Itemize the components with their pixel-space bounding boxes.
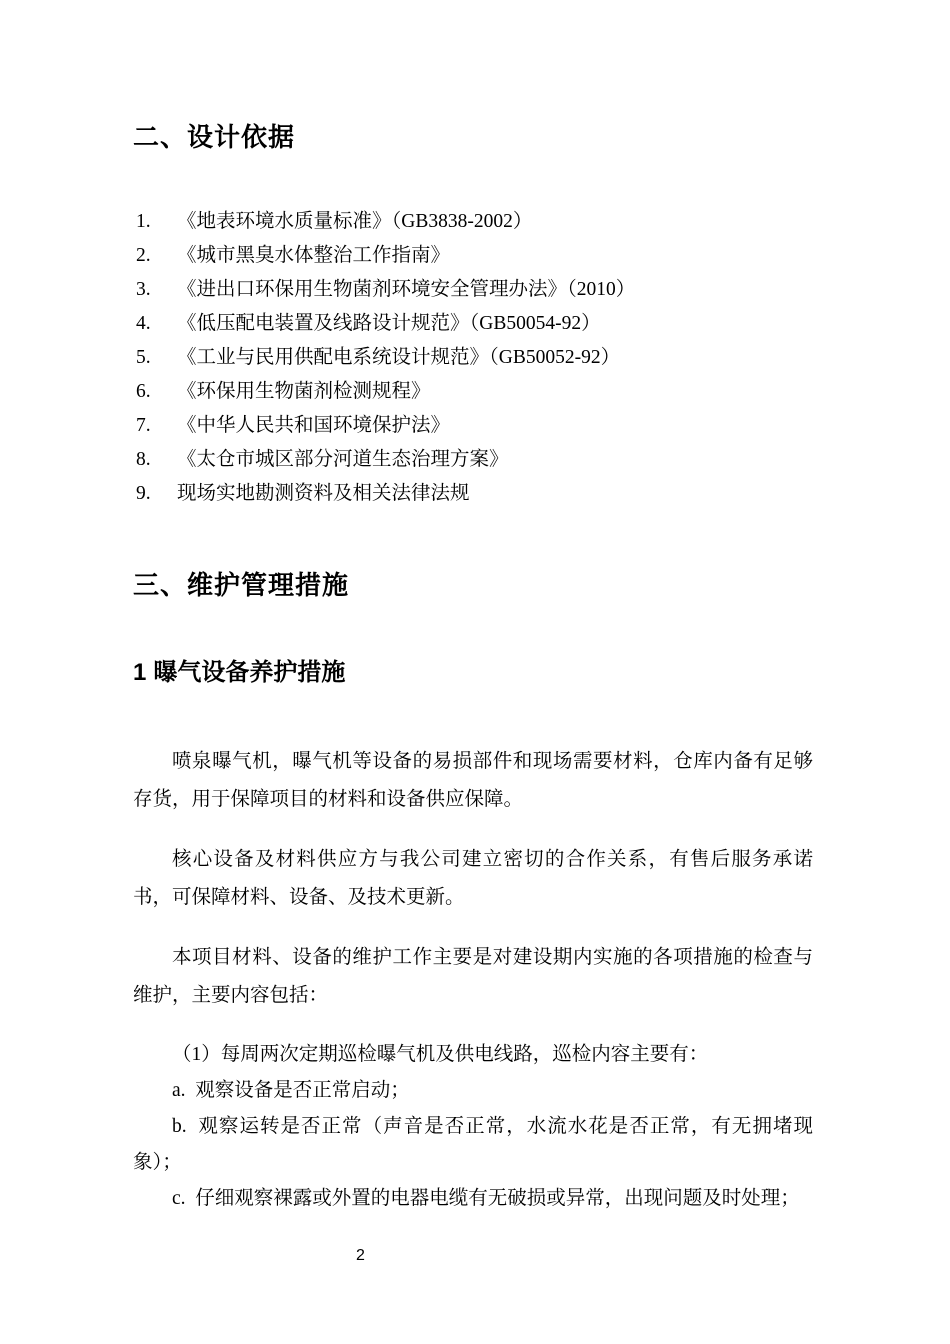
reference-number: 5. <box>133 341 177 375</box>
reference-text: 《进出口环保用生物菌剂环境安全管理办法》（2010） <box>177 273 813 307</box>
body-paragraph: 核心设备及材料供应方与我公司建立密切的合作关系，有售后服务承诺书，可保障材料、设… <box>133 841 813 917</box>
body-paragraph: 喷泉曝气机，曝气机等设备的易损部件和现场需要材料，仓库内备有足够存货，用于保障项… <box>133 743 813 819</box>
reference-number: 4. <box>133 307 177 341</box>
reference-text: 《地表环境水质量标准》（GB3838-2002） <box>177 205 813 239</box>
inspection-section: （1）每周两次定期巡检曝气机及供电线路，巡检内容主要有： a. 观察设备是否正常… <box>133 1037 813 1217</box>
reference-text: 《工业与民用供配电系统设计规范》（GB50052-92） <box>177 341 813 375</box>
inspection-items: a. 观察设备是否正常启动；b. 观察运转是否正常（声音是否正常，水流水花是否正… <box>133 1073 813 1217</box>
reference-number: 2. <box>133 239 177 273</box>
page-number: 2 <box>356 1248 365 1264</box>
reference-list-item: 8. 《太仓市城区部分河道生态治理方案》 <box>133 443 813 477</box>
reference-text: 《中华人民共和国环境保护法》 <box>177 409 813 443</box>
reference-list-item: 5. 《工业与民用供配电系统设计规范》（GB50052-92） <box>133 341 813 375</box>
reference-number: 3. <box>133 273 177 307</box>
reference-number: 8. <box>133 443 177 477</box>
reference-number: 9. <box>133 477 177 511</box>
reference-text: 现场实地勘测资料及相关法律法规 <box>177 477 813 511</box>
body-paragraph: 本项目材料、设备的维护工作主要是对建设期内实施的各项措施的检查与维护，主要内容包… <box>133 939 813 1015</box>
inspection-item: b. 观察运转是否正常（声音是否正常，水流水花是否正常，有无拥堵现象）； <box>133 1109 813 1181</box>
body-paragraphs: 喷泉曝气机，曝气机等设备的易损部件和现场需要材料，仓库内备有足够存货，用于保障项… <box>133 743 813 1015</box>
reference-text: 《环保用生物菌剂检测规程》 <box>177 375 813 409</box>
document-page: 二、设计依据 1. 《地表环境水质量标准》（GB3838-2002） 2. 《城… <box>0 0 950 1344</box>
section-heading-maintenance-measures: 三、维护管理措施 <box>133 571 813 599</box>
reference-text: 《太仓市城区部分河道生态治理方案》 <box>177 443 813 477</box>
reference-list-item: 7. 《中华人民共和国环境保护法》 <box>133 409 813 443</box>
document-content: 二、设计依据 1. 《地表环境水质量标准》（GB3838-2002） 2. 《城… <box>133 0 813 1217</box>
section-heading-design-basis: 二、设计依据 <box>133 123 813 151</box>
subsection-title: 曝气设备养护措施 <box>153 659 345 686</box>
reference-text: 《低压配电装置及线路设计规范》（GB50054-92） <box>177 307 813 341</box>
reference-list-item: 2. 《城市黑臭水体整治工作指南》 <box>133 239 813 273</box>
subsection-heading-aeration-equipment: 1曝气设备养护措施 <box>133 659 813 686</box>
reference-list-item: 9. 现场实地勘测资料及相关法律法规 <box>133 477 813 511</box>
reference-list-item: 3. 《进出口环保用生物菌剂环境安全管理办法》（2010） <box>133 273 813 307</box>
subsection-number: 1 <box>133 659 146 686</box>
reference-number: 1. <box>133 205 177 239</box>
reference-list-item: 4. 《低压配电装置及线路设计规范》（GB50054-92） <box>133 307 813 341</box>
inspection-item: c. 仔细观察裸露或外置的电器电缆有无破损或异常，出现问题及时处理； <box>133 1181 813 1217</box>
reference-list-item: 6. 《环保用生物菌剂检测规程》 <box>133 375 813 409</box>
inspection-item: a. 观察设备是否正常启动； <box>133 1073 813 1109</box>
reference-text: 《城市黑臭水体整治工作指南》 <box>177 239 813 273</box>
inspection-intro: （1）每周两次定期巡检曝气机及供电线路，巡检内容主要有： <box>133 1037 813 1073</box>
reference-list: 1. 《地表环境水质量标准》（GB3838-2002） 2. 《城市黑臭水体整治… <box>133 205 813 511</box>
reference-number: 7. <box>133 409 177 443</box>
reference-number: 6. <box>133 375 177 409</box>
reference-list-item: 1. 《地表环境水质量标准》（GB3838-2002） <box>133 205 813 239</box>
